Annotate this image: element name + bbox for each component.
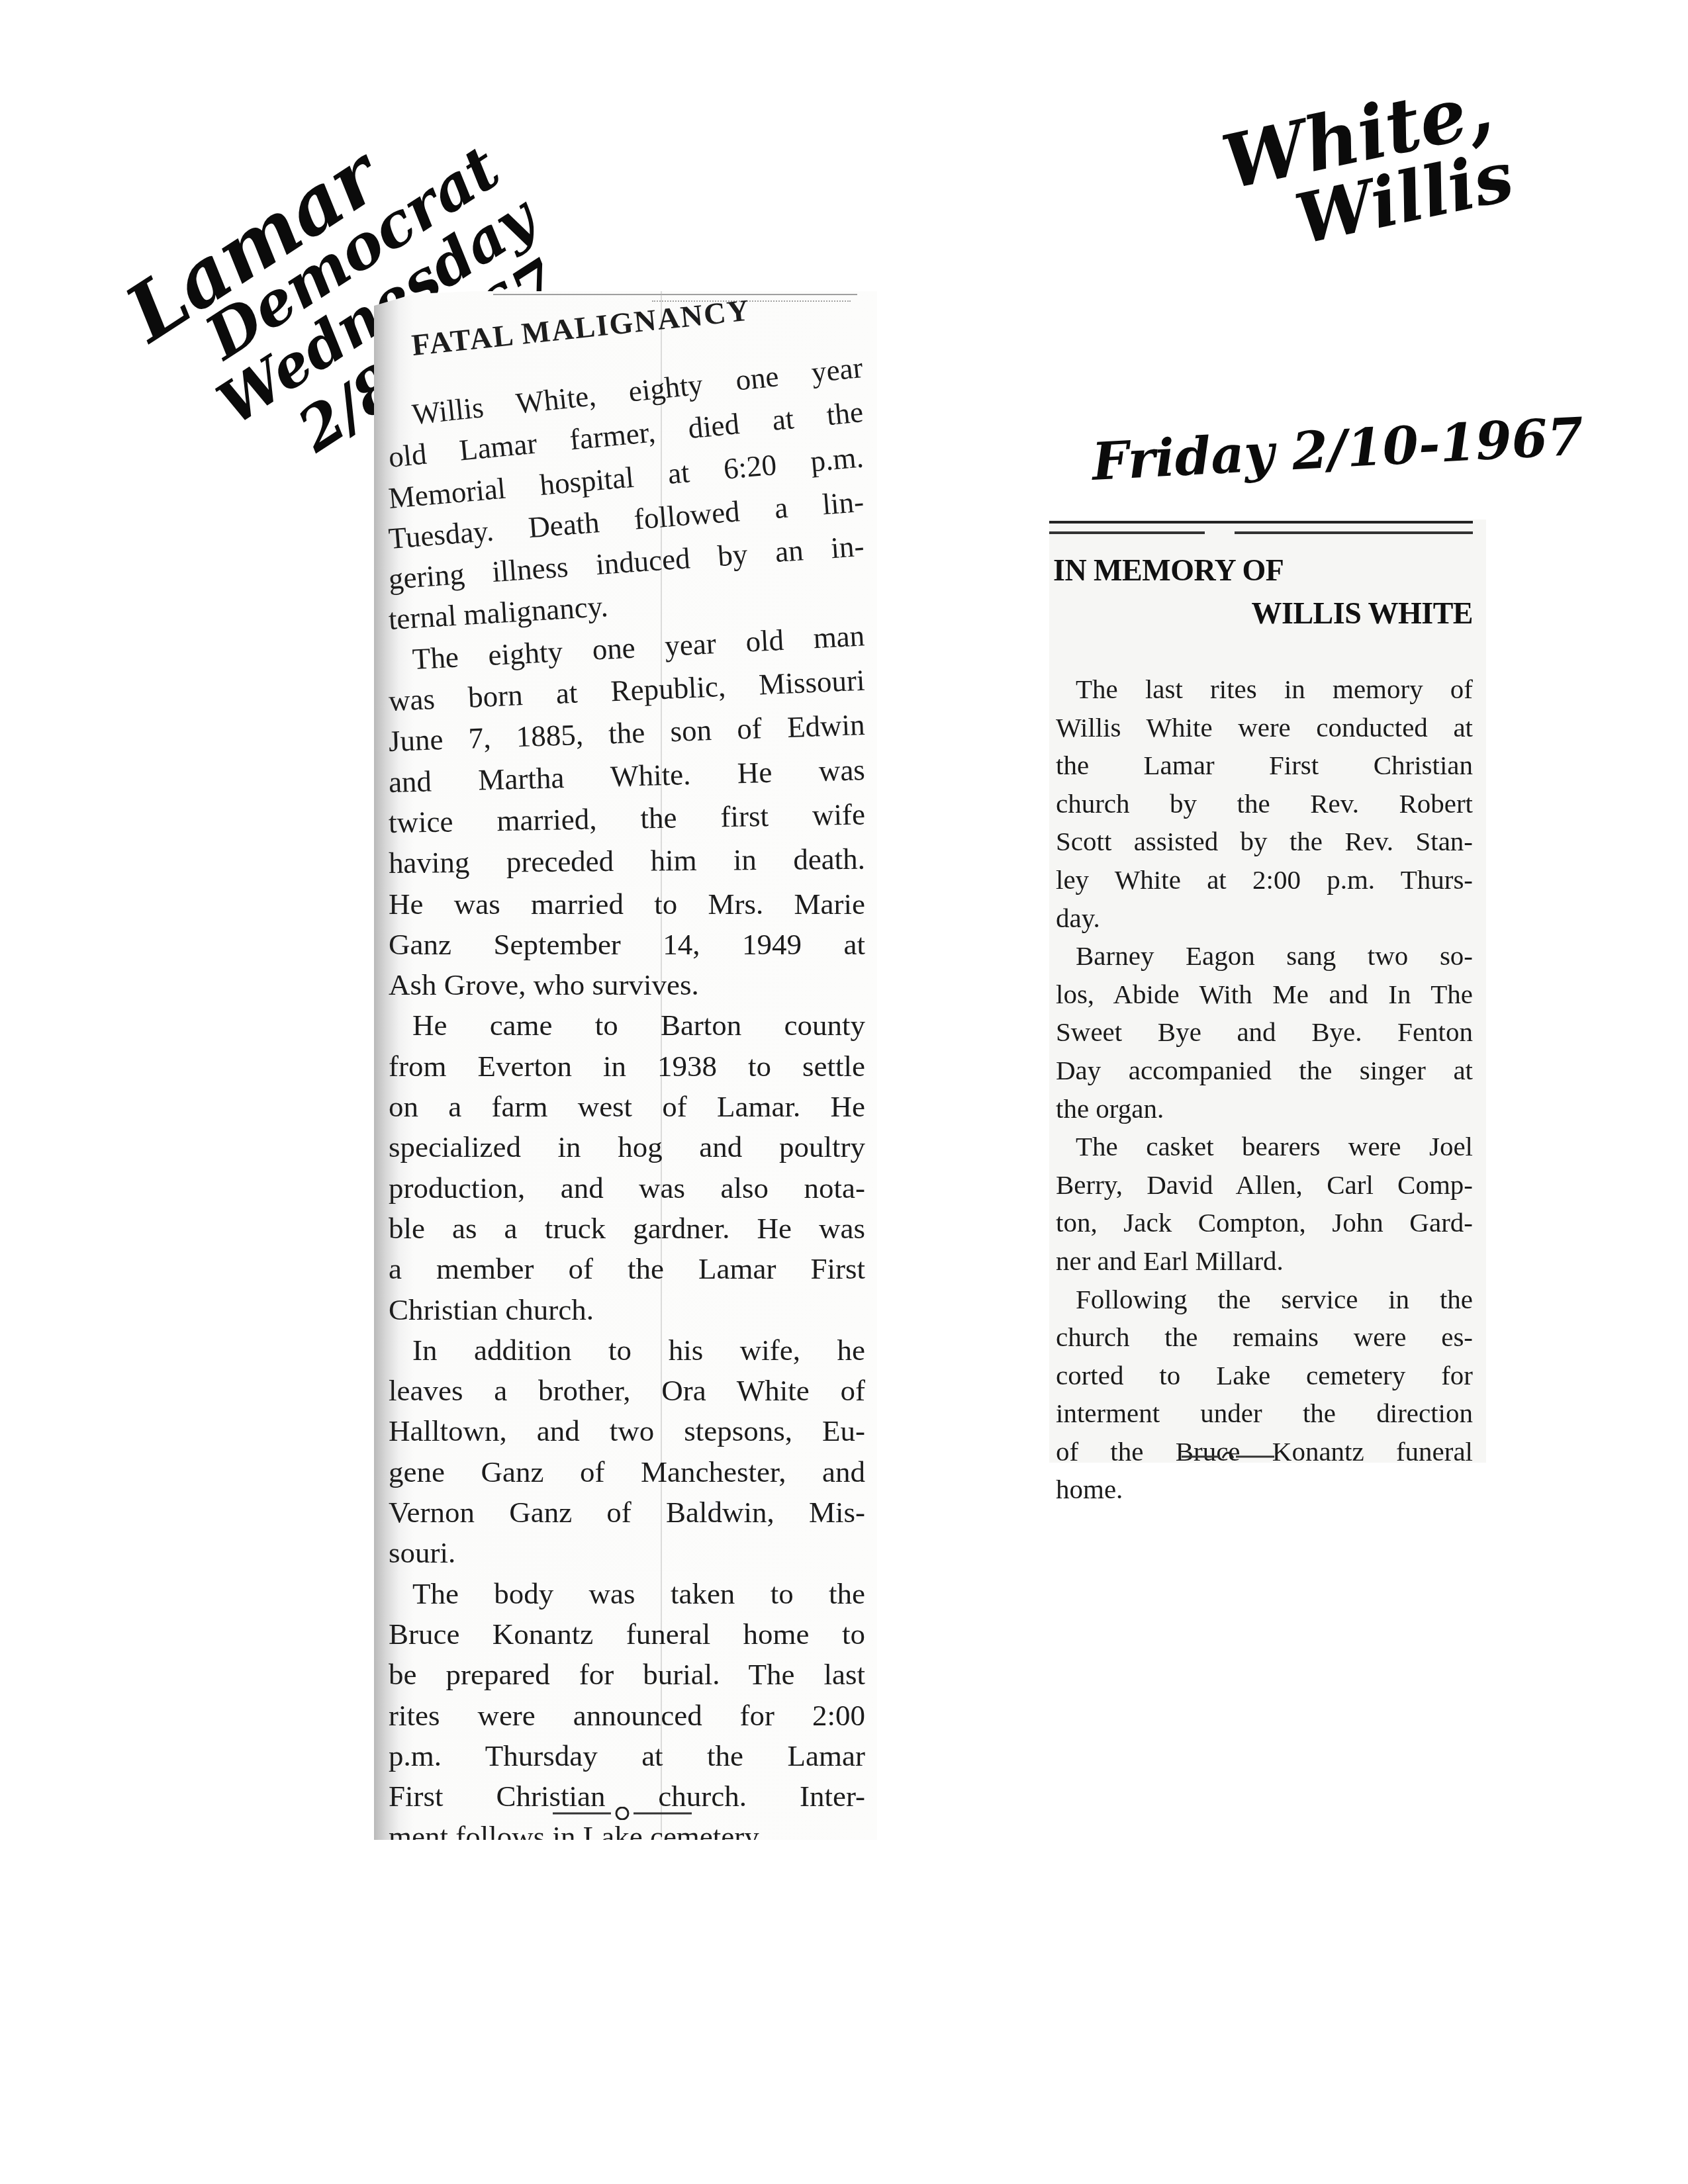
clipping-body: The last rites in memory ofWillis White … <box>1056 670 1473 1509</box>
article-line: The casket bearers were Joel <box>1056 1128 1473 1166</box>
article-line: production, and was also nota- <box>389 1168 865 1208</box>
article-line: on a farm west of Lamar. He <box>389 1087 865 1127</box>
clipping-headline-line2: WILLIS WHITE <box>1252 596 1473 631</box>
article-line: ble as a truck gardner. He was <box>389 1208 865 1249</box>
article-line: los, Abide With Me and In The <box>1056 976 1473 1014</box>
article-line: He was married to Mrs. Marie <box>389 884 865 925</box>
handwritten-second-date: Friday 2/10-1967 <box>1091 411 1585 488</box>
end-mark-divider-icon <box>553 1807 692 1820</box>
article-line: the organ. <box>1056 1090 1473 1128</box>
article-line: church the remains were es- <box>1056 1318 1473 1357</box>
article-line: souri. <box>389 1533 865 1573</box>
clipping-body: Willis White, eighty one yearold Lamar f… <box>389 397 865 1858</box>
article-line: ton, Jack Compton, John Gard- <box>1056 1204 1473 1242</box>
article-line: church by the Rev. Robert <box>1056 785 1473 823</box>
article-line: The body was taken to the <box>389 1574 865 1614</box>
article-line: leaves a brother, Ora White of <box>389 1371 865 1411</box>
article-line: Following the service in the <box>1056 1281 1473 1319</box>
article-line: having preceded him in death. <box>389 839 866 884</box>
article-line: Ganz September 14, 1949 at <box>389 925 865 965</box>
article-line: specialized in hog and poultry <box>389 1127 865 1167</box>
article-line: Vernon Ganz of Baldwin, Mis- <box>389 1492 865 1533</box>
article-line: Bruce Konantz funeral home to <box>389 1614 865 1655</box>
article-line: Ash Grove, who survives. <box>389 965 865 1005</box>
article-line: ley White at 2:00 p.m. Thurs- <box>1056 861 1473 899</box>
article-line: corted to Lake cemetery for <box>1056 1357 1473 1395</box>
article-line: the Lamar First Christian <box>1056 747 1473 785</box>
article-line: home. <box>1056 1471 1473 1509</box>
article-line: Christian church. <box>389 1290 865 1330</box>
article-line: Sweet Bye and Bye. Fenton <box>1056 1013 1473 1052</box>
article-line: rites were announced for 2:00 <box>389 1696 865 1736</box>
article-line: interment under the direction <box>1056 1394 1473 1433</box>
article-line: p.m. Thursday at the Lamar <box>389 1736 865 1776</box>
clipping-headline-line1: IN MEMORY OF <box>1053 553 1284 588</box>
clipping-headline: FATAL MALIGNANCY <box>410 293 751 363</box>
top-double-rule <box>1049 520 1473 539</box>
article-line: Halltown, and two stepsons, Eu- <box>389 1411 865 1451</box>
article-line: ner and Earl Millard. <box>1056 1242 1473 1281</box>
article-line: Willis White were conducted at <box>1056 709 1473 747</box>
article-line: a member of the Lamar First <box>389 1249 865 1289</box>
end-mark-divider-icon <box>1182 1447 1274 1459</box>
article-line: Barney Eagon sang two so- <box>1056 937 1473 976</box>
article-line: be prepared for burial. The last <box>389 1655 865 1695</box>
article-line: Day accompanied the singer at <box>1056 1052 1473 1090</box>
obituary-clipping-fatal-malignancy: FATAL MALIGNANCY Willis White, eighty on… <box>374 291 877 1840</box>
article-line: He came to Barton county <box>389 1005 865 1046</box>
article-line: In addition to his wife, he <box>389 1330 865 1371</box>
article-line: The last rites in memory of <box>1056 670 1473 709</box>
handwritten-name-note: White, Willis <box>1215 64 1523 291</box>
article-line: twice married, the first wife <box>388 794 865 843</box>
top-rule <box>493 294 857 295</box>
obituary-clipping-in-memory: IN MEMORY OF WILLIS WHITE The last rites… <box>1049 520 1486 1463</box>
article-line: Scott assisted by the Rev. Stan- <box>1056 823 1473 861</box>
article-line: from Everton in 1938 to settle <box>389 1046 865 1087</box>
article-line: ment follows in Lake cemetery. <box>389 1817 865 1857</box>
article-line: Berry, David Allen, Carl Comp- <box>1056 1166 1473 1205</box>
article-line: day. <box>1056 899 1473 938</box>
article-line: gene Ganz of Manchester, and <box>389 1452 865 1492</box>
